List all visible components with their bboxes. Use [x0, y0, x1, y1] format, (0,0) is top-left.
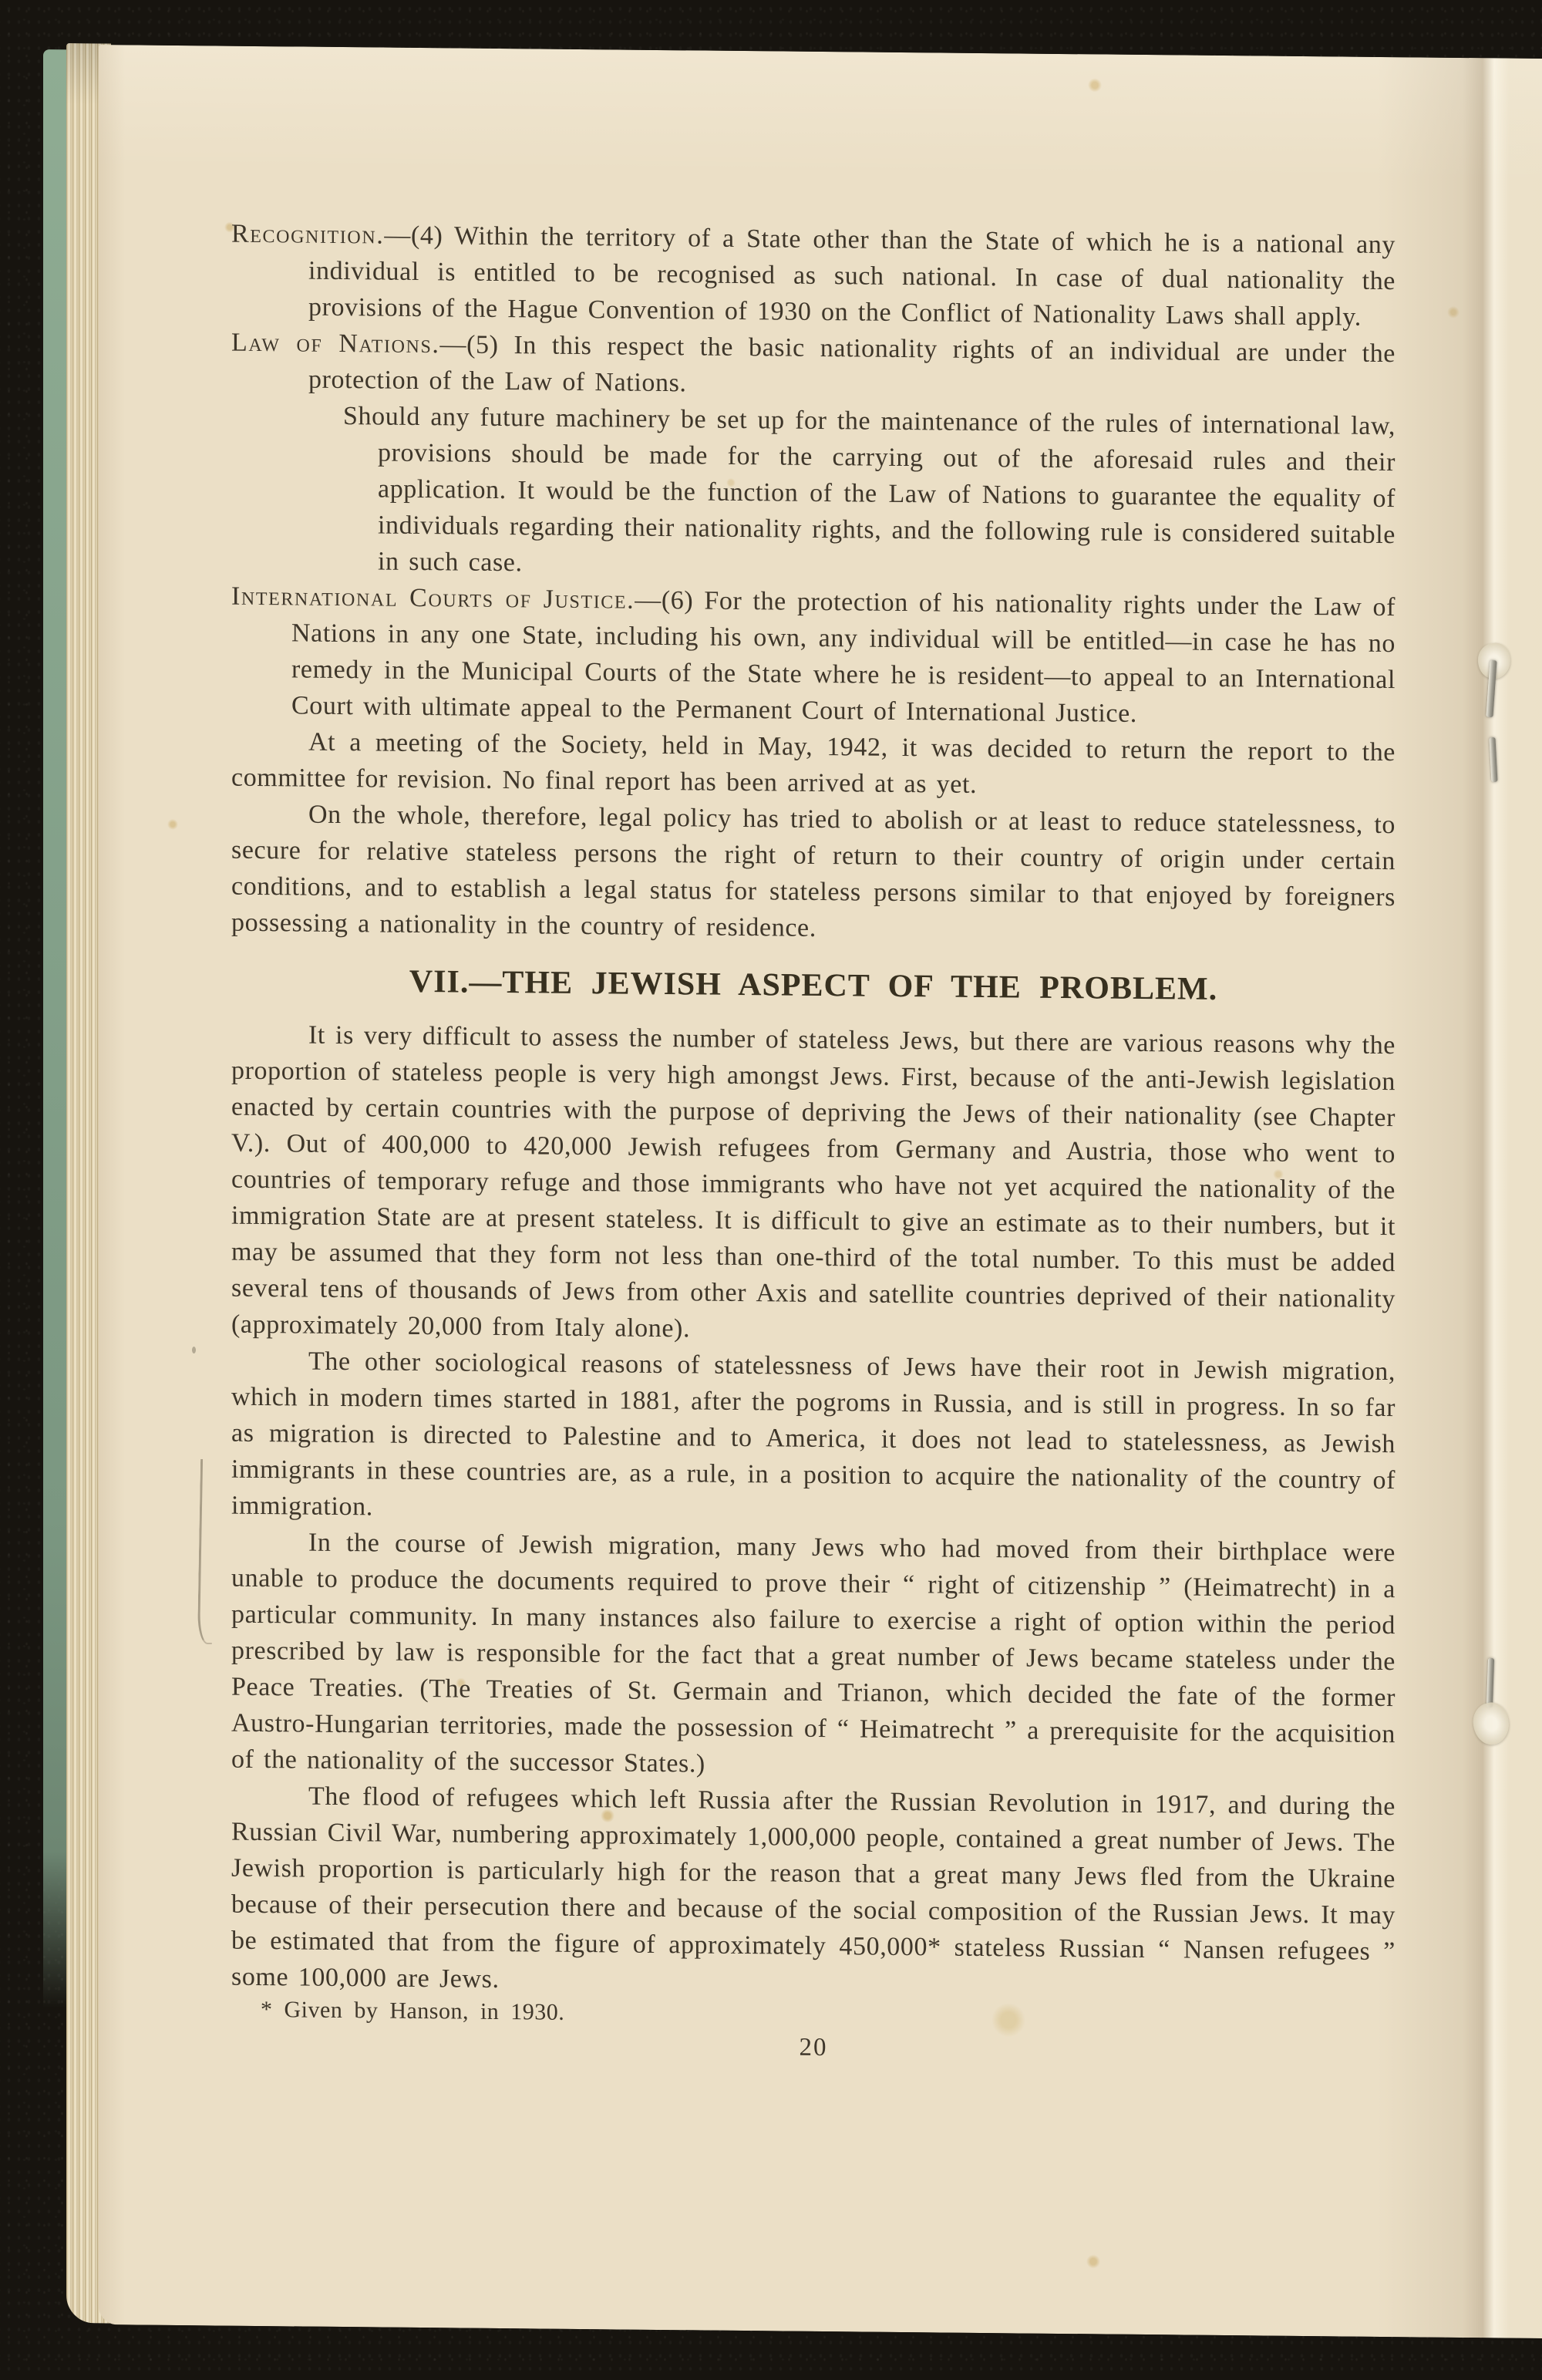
clause-recognition: Recognition.—(4) Within the territory of…	[231, 216, 1396, 335]
clause-law-of-nations: Law of Nations.—(5) In this respect the …	[231, 325, 1396, 408]
clause-international-courts-number: —(6)	[635, 586, 693, 615]
paragraph-stateless-jews-numbers: It is very difficult to assess the numbe…	[231, 1016, 1396, 1353]
sub-clause-rule: Should any future machinery be set up fo…	[231, 397, 1396, 589]
paragraph-russian-refugees: The flood of refugees which left Russia …	[231, 1778, 1396, 2006]
book-page: Recognition.—(4) Within the territory of…	[99, 45, 1542, 2338]
paragraph-society-meeting: At a meeting of the Society, held in May…	[231, 723, 1396, 807]
paragraph-jewish-migration: The other sociological reasons of statel…	[231, 1343, 1396, 1535]
clause-international-courts-label: International Courts of Justice.	[231, 582, 635, 615]
section-heading: VII.—THE JEWISH ASPECT OF THE PROBLEM.	[231, 941, 1396, 1027]
clause-recognition-label: Recognition.	[231, 220, 384, 250]
clause-recognition-text: Within the territory of a State other th…	[308, 221, 1396, 331]
paragraph-legal-policy: On the whole, therefore, legal policy ha…	[231, 796, 1396, 952]
clause-law-of-nations-number: —(5)	[440, 330, 499, 359]
clause-recognition-number: —(4)	[384, 221, 443, 251]
margin-pencil-dot	[192, 1347, 196, 1353]
paragraph-heimatrecht: In the course of Jewish migration, many …	[231, 1524, 1396, 1788]
page-text: Recognition.—(4) Within the territory of…	[99, 45, 1542, 2073]
clause-law-of-nations-label: Law of Nations.	[231, 329, 440, 359]
scan-background: Recognition.—(4) Within the territory of…	[0, 0, 1542, 2380]
clause-international-courts: International Courts of Justice.—(6) For…	[231, 578, 1396, 734]
